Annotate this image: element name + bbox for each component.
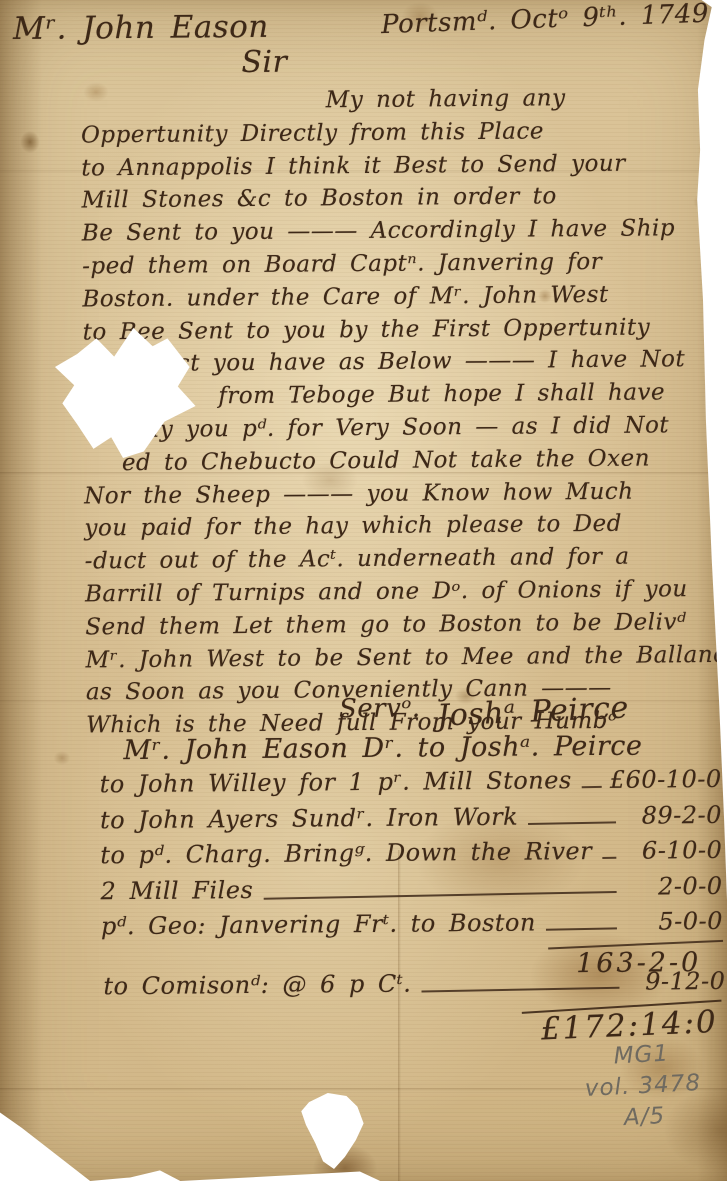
account-row-amount: 6-10-0 (624, 836, 722, 865)
letter-line: ed to Chebucto Could Not take the Oxen (84, 441, 727, 480)
account-row-amount: 5-0-0 (625, 907, 723, 936)
dash-filler (582, 786, 602, 788)
account-row: 2 Mill Files2-0-0 (100, 871, 722, 912)
letter-line: Mʳ. John West to be Sent to Mee and the … (85, 638, 727, 677)
account-row-amount: £60-10-0 (610, 765, 722, 794)
letter-content: Mʳ. John Eason Portsmᵈ. Octᵒ 9ᵗʰ. 1749 S… (0, 0, 727, 1181)
archival-note: MG1 vol. 3478 A/5 (576, 1037, 711, 1137)
account-rows: to John Willey for 1 pʳ. Mill Stones£60-… (100, 765, 724, 948)
account-row: to pᵈ. Charg. Bringᵍ. Down the River6-10… (100, 836, 722, 877)
account-row-label: to John Willey for 1 pʳ. Mill Stones (100, 766, 572, 798)
recipient-name: Mʳ. John Eason (13, 9, 269, 47)
commission-row: to Comisonᵈ: @ 6 p Cᵗ. 9-12-0 (103, 967, 725, 1001)
account-heading: Mʳ. John Eason Dʳ. to Joshᵃ. Peirce (123, 731, 642, 767)
dash-filler (528, 821, 616, 825)
dateline: Portsmᵈ. Octᵒ 9ᵗʰ. 1749 (381, 0, 710, 40)
account-row-label: to pᵈ. Charg. Bringᵍ. Down the River (100, 837, 592, 869)
salutation: Sir (241, 45, 287, 80)
account-row-amount: 89-2-0 (624, 800, 722, 829)
letter-line: Barrill of Turnips and one Dᵒ. of Onions… (85, 573, 727, 612)
dash-filler (602, 857, 616, 859)
letter-line: Be Sent to you ——— Accordingly I have Sh… (82, 212, 727, 251)
letter-line: Send them Let them go to Boston to be De… (85, 605, 727, 644)
account-row-amount: 2-0-0 (624, 871, 722, 900)
letter-line: Nor the Sheep ——— you Know how Much (84, 474, 727, 513)
account-row: to John Ayers Sundʳ. Iron Work89-2-0 (100, 800, 722, 841)
commission-label: to Comisonᵈ: @ 6 p Cᵗ. (103, 970, 411, 1001)
account-row-label: pᵈ. Geo: Janvering Frᵗ. to Boston (101, 909, 536, 941)
dash-filler (546, 927, 617, 930)
letter-line: -duct out of the Acᵗ. underneath and for… (85, 540, 727, 579)
account-row-label: to John Ayers Sundʳ. Iron Work (100, 802, 518, 834)
letter-line: you paid for the hay which please to Ded (84, 507, 727, 546)
commission-amount: 9-12-0 (627, 967, 725, 996)
dash-filler (263, 890, 616, 899)
paper-sheet: Mʳ. John Eason Portsmᵈ. Octᵒ 9ᵗʰ. 1749 S… (0, 0, 727, 1181)
dash-filler (421, 987, 619, 993)
letter-line: ay you pᵈ. for Very Soon — as I did Not (83, 409, 727, 448)
closing-word: Servᵒ. (339, 694, 421, 725)
account-row-label: 2 Mill Files (100, 875, 253, 904)
scanned-letter-canvas: Mʳ. John Eason Portsmᵈ. Octᵒ 9ᵗʰ. 1749 S… (0, 0, 727, 1181)
account-row: to John Willey for 1 pʳ. Mill Stones£60-… (100, 765, 722, 806)
